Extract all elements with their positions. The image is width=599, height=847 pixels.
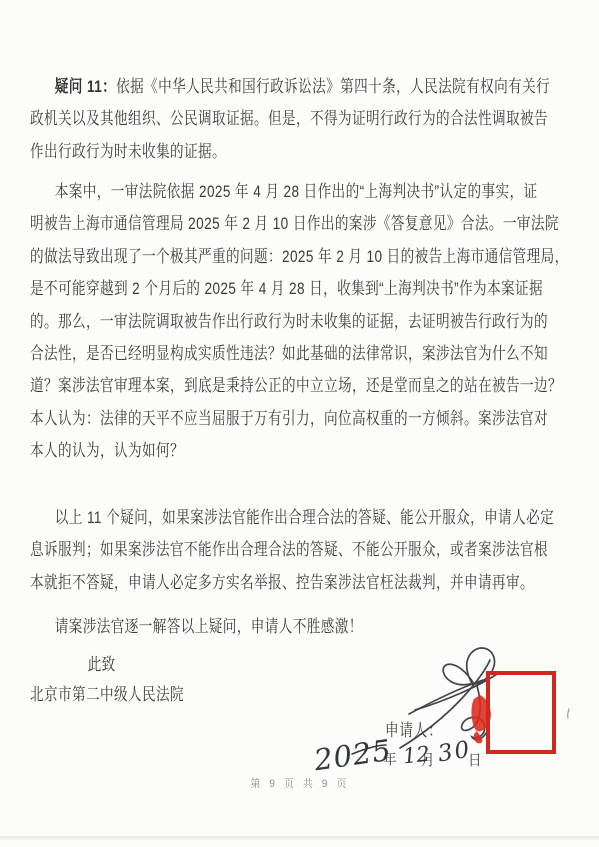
text-line: 的做法导致出现了一个极其严重的问题：2025 年 2 月 10 日的被告上海市通… xyxy=(30,241,590,273)
text-line: 政机关以及其他组织、公民调取证据。但是，不得为证明行政行为的合法性调取被告 xyxy=(30,103,590,135)
text-line: 明被告上海市通信管理局 2025 年 2 月 10 日作出的案涉《答复意见》合法… xyxy=(30,208,590,240)
paragraph-case-argument: 本案中，一审法院依据 2025 年 4 月 28 日作出的“上海判决书”认定的事… xyxy=(30,176,590,468)
text-line: 道？案涉法官审理本案，到底是秉持公正的中立立场，还是堂而皇之的站在被告一边？ xyxy=(30,370,590,402)
text-line: 作出行政行为时未收集的证据。 xyxy=(30,136,590,168)
text-line: 息诉服判；如果案涉法官不能作出合理合法的答疑、不能公开服众，或者案涉法官根 xyxy=(30,534,590,566)
text-line: 本人的认为，认为如何？ xyxy=(30,435,590,467)
question-11-bold-prefix: 疑问 11： xyxy=(55,77,116,96)
paragraph-conclusion: 以上 11 个疑问，如果案涉法官能作出合理合法的答疑、能公开服众，申请人必定 息… xyxy=(30,502,590,599)
text-line: 合法性，是否已经明显构成实质性违法？如此基础的法律常识，案涉法官为什么不知 xyxy=(30,338,590,370)
scanned-document-page: 疑问 11：依据《中华人民共和国行政诉讼法》第四十条，人民法院有权向有关行 政机… xyxy=(0,0,599,847)
question-11-line1: 依据《中华人民共和国行政诉讼法》第四十条，人民法院有权向有关行 xyxy=(116,77,550,96)
handwritten-month: 12 xyxy=(402,742,431,769)
text-line: 本就拒不答疑，申请人必定多方实名举报、控告案涉法官枉法裁判，并申请再审。 xyxy=(30,567,590,599)
text-line: 本人认为：法律的天平不应当屈服于万有引力，向位高权重的一方倾斜。案涉法官对 xyxy=(30,403,590,435)
text-line: 是不可能穿越到 2 个月后的 2025 年 4 月 28 日，收集到“上海判决书… xyxy=(30,273,590,305)
paragraph-question-11: 疑问 11：依据《中华人民共和国行政诉讼法》第四十条，人民法院有权向有关行 政机… xyxy=(30,71,590,168)
red-redaction-rectangle xyxy=(486,671,556,754)
handwritten-day: 30 xyxy=(436,737,473,768)
pen-tail-stroke-icon xyxy=(350,742,388,756)
text-line: 本案中，一审法院依据 2025 年 4 月 28 日作出的“上海判决书”认定的事… xyxy=(30,176,590,208)
stray-pen-mark-icon xyxy=(565,708,571,719)
text-line: 疑问 11：依据《中华人民共和国行政诉讼法》第四十条，人民法院有权向有关行 xyxy=(30,71,590,103)
text-line: 的。那么，一审法院调取被告作出行政行为时未收集的证据，去证明被告行政行为的 xyxy=(30,306,590,338)
text-line: 以上 11 个疑问，如果案涉法官能作出合理合法的答疑、能公开服众，申请人必定 xyxy=(30,502,590,534)
page-number-footer: 第 9 页 共 9 页 xyxy=(250,775,349,791)
scan-page-bottom-edge xyxy=(0,836,599,841)
